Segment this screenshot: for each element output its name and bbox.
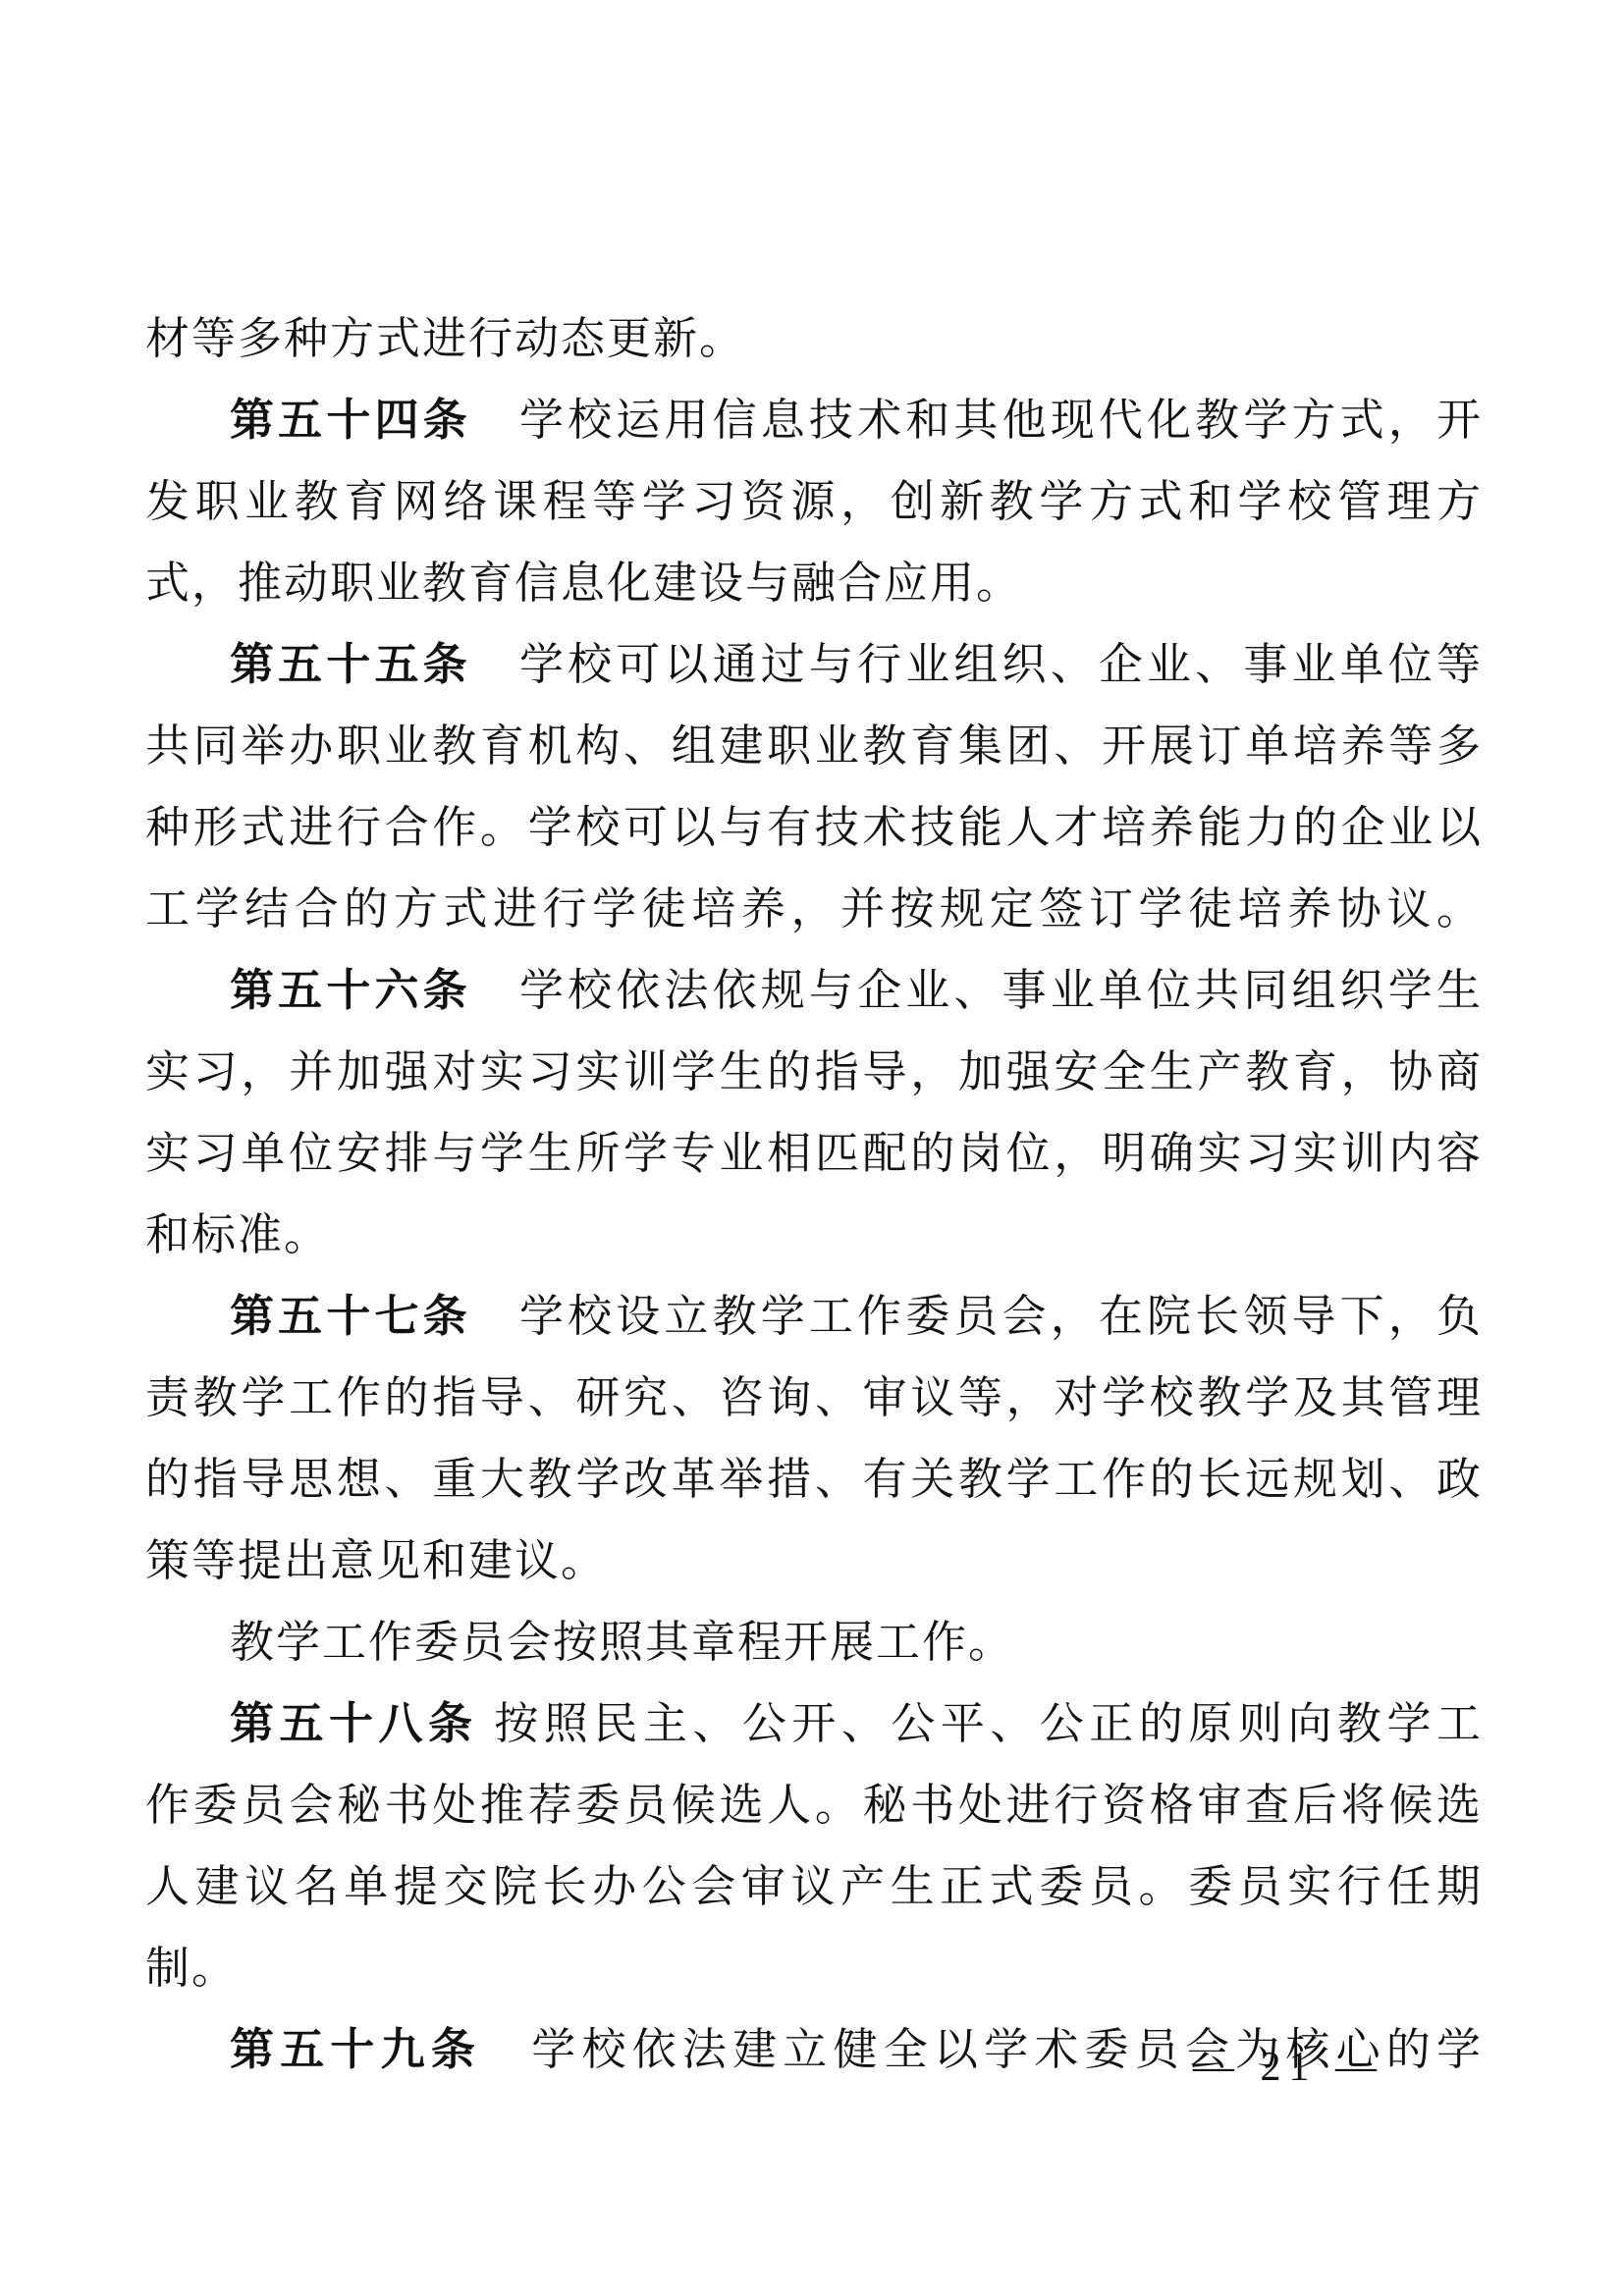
text-line: 材等多种方式进行动态更新。 — [145, 298, 1483, 380]
text-line: 实习单位安排与学生所学专业相匹配的岗位，明确实习实训内容 — [145, 1113, 1483, 1195]
text-line: 人建议名单提交院长办公会审议产生正式委员。委员实行任期 — [145, 1846, 1483, 1928]
text-line: 责教学工作的指导、研究、咨询、审议等，对学校教学及其管理 — [145, 1358, 1483, 1439]
text-line: 的指导思想、重大教学改革举措、有关教学工作的长远规划、政 — [145, 1439, 1483, 1521]
line-text: 制。 — [145, 1944, 238, 1993]
text-line: 式，推动职业教育信息化建设与融合应用。 — [145, 543, 1483, 624]
line-text: 发职业教育网络课程等学习资源，创新教学方式和学校管理方 — [145, 477, 1483, 526]
line-text: 人建议名单提交院长办公会审议产生正式委员。委员实行任期 — [145, 1862, 1483, 1911]
text-column: 材等多种方式进行动态更新。 第五十四条 学校运用信息技术和其他现代化教学方式，开… — [145, 298, 1483, 2091]
line-text: 学校设立教学工作委员会，在院长领导下，负 — [471, 1292, 1483, 1341]
text-line: 第五十五条 学校可以通过与行业组织、企业、事业单位等 — [145, 624, 1483, 706]
article-number: 第五十七条 — [230, 1292, 471, 1341]
line-text: 学校可以通过与行业组织、企业、事业单位等 — [471, 640, 1483, 689]
article-number: 第五十九条 — [230, 2025, 481, 2074]
article-number: 第五十六条 — [230, 966, 471, 1015]
line-text: 学校运用信息技术和其他现代化教学方式，开 — [471, 396, 1483, 445]
text-line: 实习，并加强对实习实训学生的指导，加强安全生产教育，协商 — [145, 1032, 1483, 1113]
line-text: 策等提出意见和建议。 — [145, 1536, 607, 1585]
text-line: 作委员会秘书处推荐委员候选人。秘书处进行资格审查后将候选 — [145, 1765, 1483, 1846]
text-line: 发职业教育网络课程等学习资源，创新教学方式和学校管理方 — [145, 461, 1483, 543]
line-text: 共同举办职业教育机构、组建职业教育集团、开展订单培养等多 — [145, 721, 1483, 771]
line-text: 作委员会秘书处推荐委员候选人。秘书处进行资格审查后将候选 — [145, 1781, 1483, 1830]
article-number: 第五十八条 — [230, 1699, 478, 1748]
line-text: 的指导思想、重大教学改革举措、有关教学工作的长远规划、政 — [145, 1455, 1483, 1504]
text-line: 第五十八条 按照民主、公开、公平、公正的原则向教学工 — [145, 1683, 1483, 1765]
line-text: 实习，并加强对实习实训学生的指导，加强安全生产教育，协商 — [145, 1047, 1483, 1096]
text-line: 共同举办职业教育机构、组建职业教育集团、开展订单培养等多 — [145, 706, 1483, 787]
text-line: 教学工作委员会按照其章程开展工作。 — [145, 1602, 1483, 1683]
text-line: 第五十七条 学校设立教学工作委员会，在院长领导下，负 — [145, 1276, 1483, 1358]
document-page: 材等多种方式进行动态更新。 第五十四条 学校运用信息技术和其他现代化教学方式，开… — [0, 0, 1624, 2296]
page-number: — 21 — — [1193, 2044, 1384, 2091]
text-line: 制。 — [145, 1928, 1483, 2009]
article-number: 第五十五条 — [230, 640, 471, 689]
line-text: 工学结合的方式进行学徒培养，并按规定签订学徒培养协议。 — [145, 884, 1483, 934]
text-line: 第五十六条 学校依法依规与企业、事业单位共同组织学生 — [145, 950, 1483, 1032]
text-line: 第五十四条 学校运用信息技术和其他现代化教学方式，开 — [145, 380, 1483, 461]
article-number: 第五十四条 — [230, 396, 471, 445]
line-text: 和标准。 — [145, 1210, 330, 1259]
line-text: 式，推动职业教育信息化建设与融合应用。 — [145, 559, 1022, 608]
line-text: 教学工作委员会按照其章程开展工作。 — [230, 1618, 1014, 1667]
line-text: 责教学工作的指导、研究、咨询、审议等，对学校教学及其管理 — [145, 1373, 1483, 1422]
text-line: 策等提出意见和建议。 — [145, 1521, 1483, 1602]
text-line: 种形式进行合作。学校可以与有技术技能人才培养能力的企业以 — [145, 787, 1483, 869]
line-text: 材等多种方式进行动态更新。 — [145, 314, 745, 363]
line-text: 种形式进行合作。学校可以与有技术技能人才培养能力的企业以 — [145, 803, 1483, 852]
text-line: 工学结合的方式进行学徒培养，并按规定签订学徒培养协议。 — [145, 869, 1483, 950]
line-text: 按照民主、公开、公平、公正的原则向教学工 — [478, 1699, 1483, 1748]
line-text: 实习单位安排与学生所学专业相匹配的岗位，明确实习实训内容 — [145, 1129, 1483, 1178]
line-text: 学校依法依规与企业、事业单位共同组织学生 — [471, 966, 1483, 1015]
text-line: 和标准。 — [145, 1195, 1483, 1276]
